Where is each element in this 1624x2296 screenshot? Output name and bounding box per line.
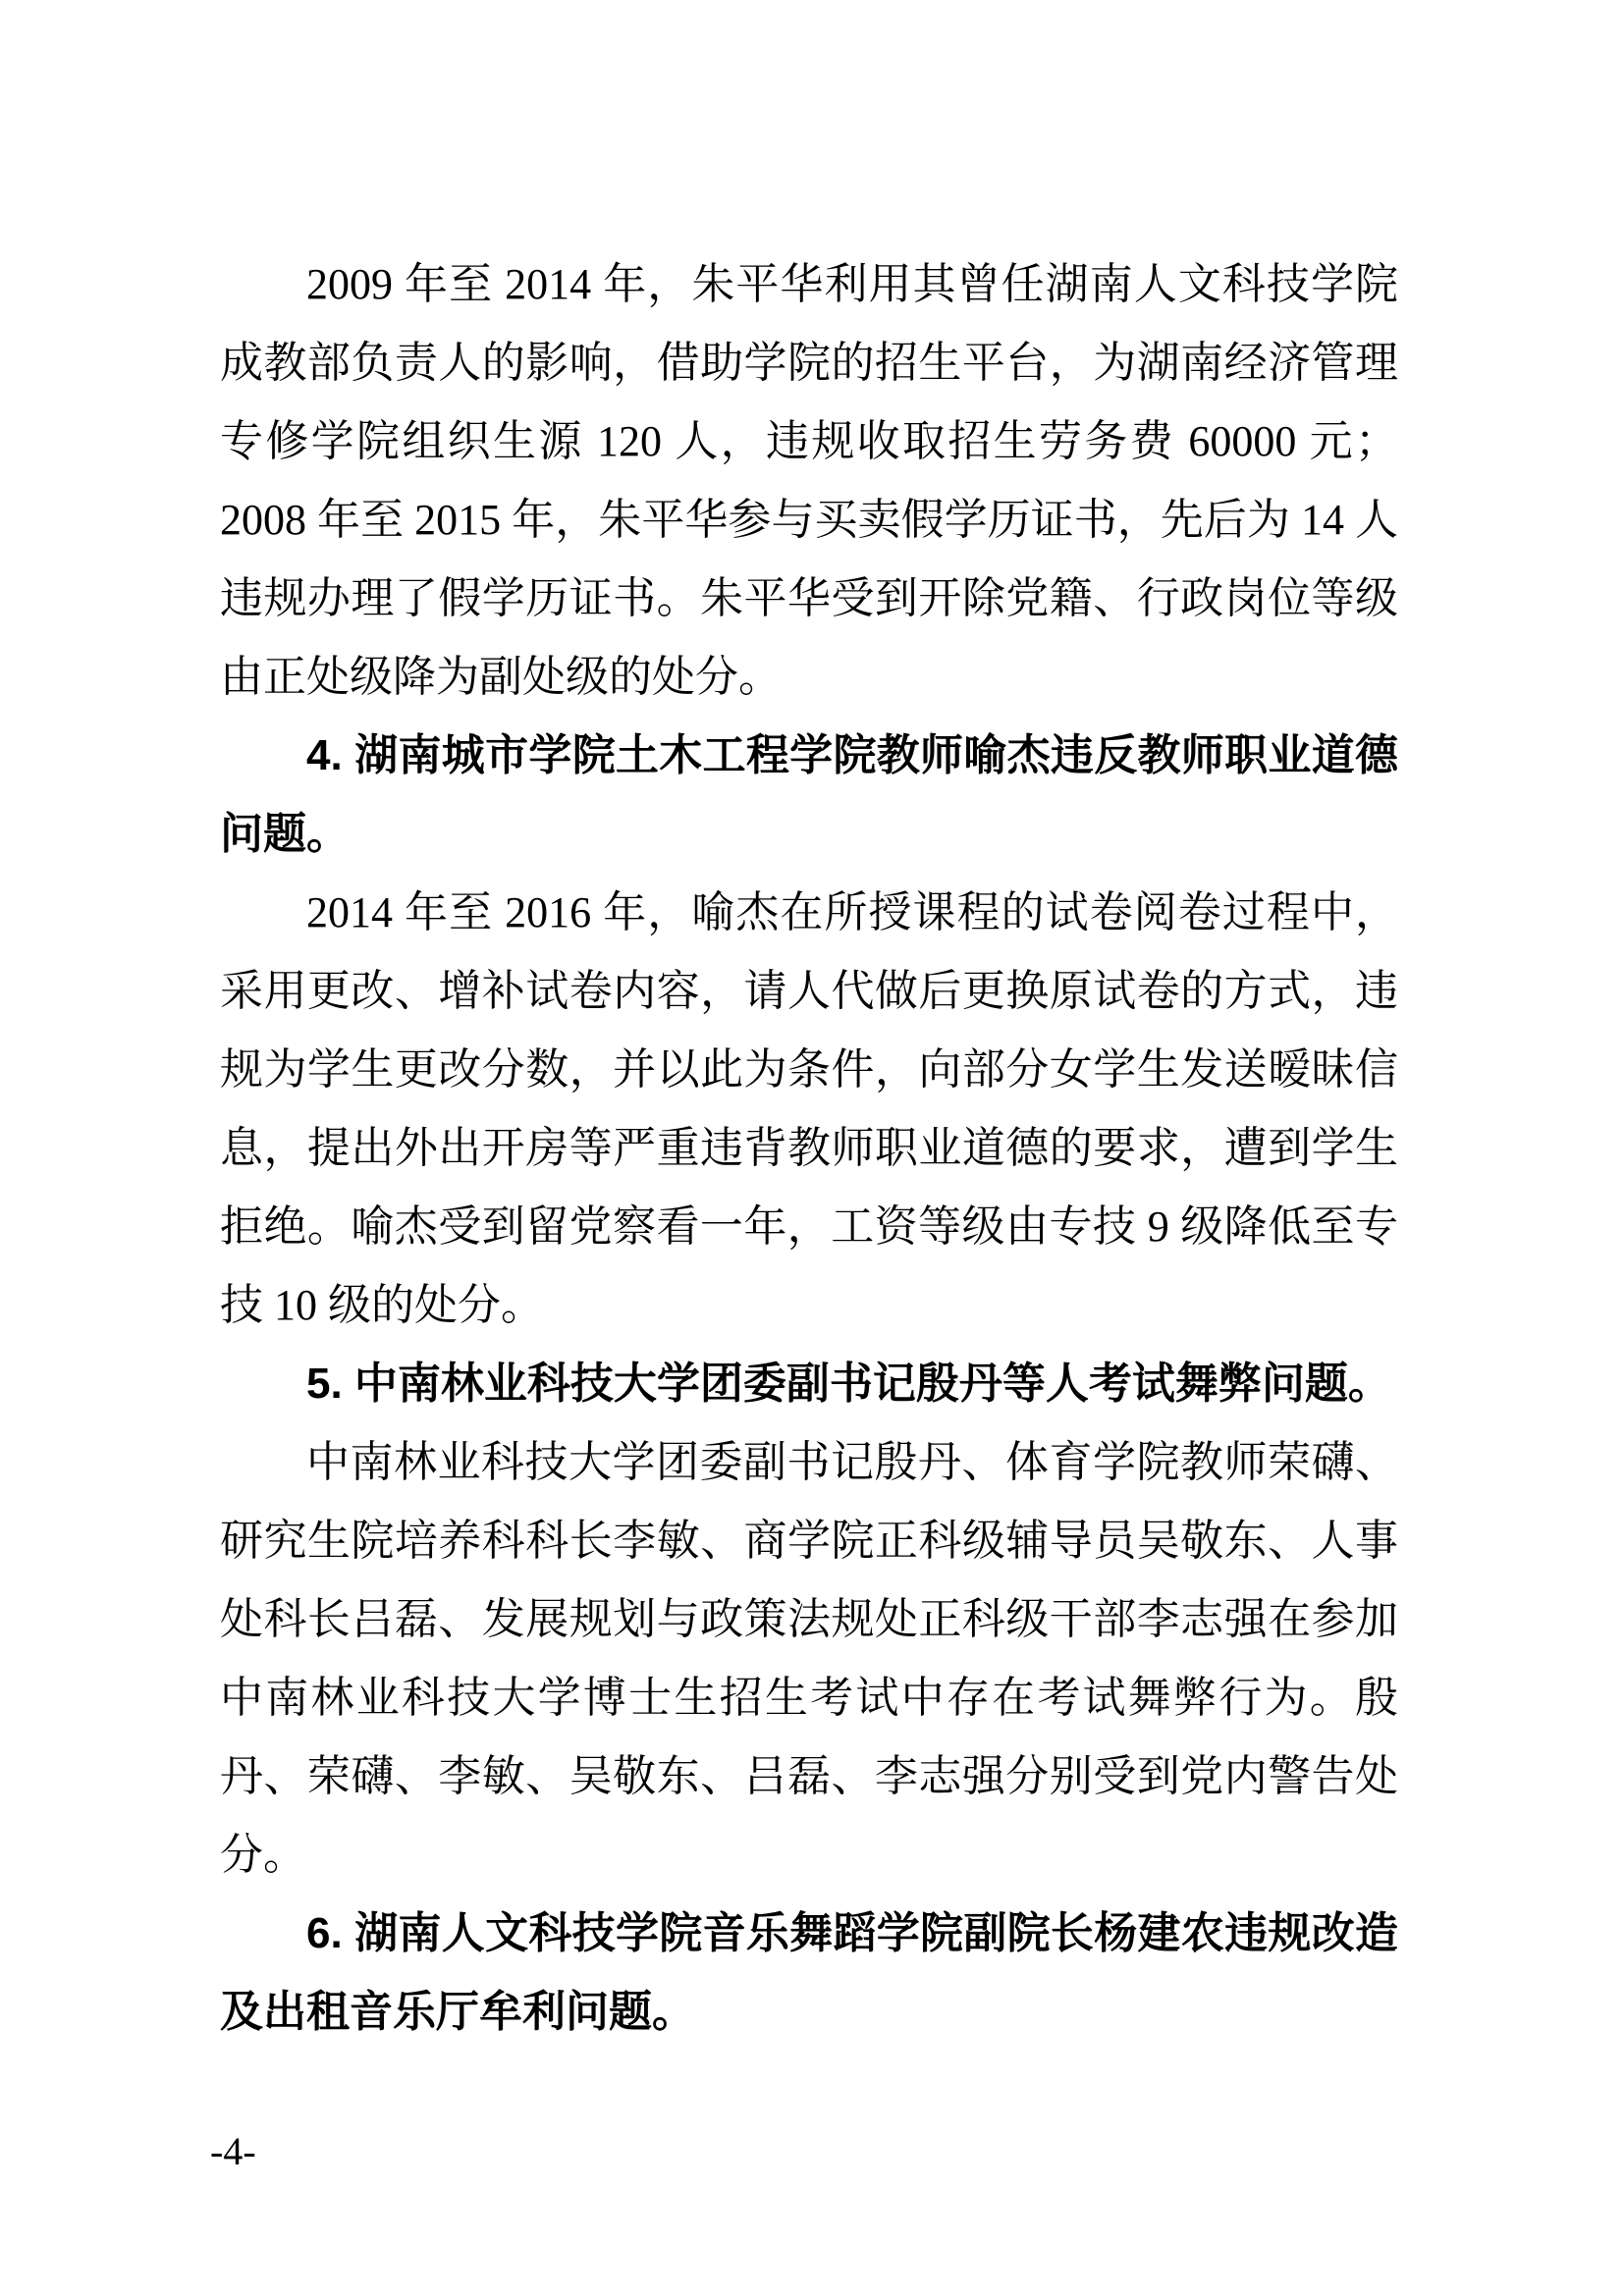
body-line: 规为学生更改分数，并以此为条件，向部分女学生发送暧昧信 bbox=[220, 1031, 1398, 1109]
body-line: 违规办理了假学历证书。朱平华受到开除党籍、行政岗位等级 bbox=[220, 560, 1398, 638]
body-line: 丹、荣礴、李敏、吴敬东、吕磊、李志强分别受到党内警告处 bbox=[220, 1737, 1398, 1816]
body-line: 由正处级降为副处级的处分。 bbox=[220, 638, 1398, 717]
body-line: 2009 年至 2014 年，朱平华利用其曾任湖南人文科技学院 bbox=[220, 245, 1398, 324]
body-line: 2014 年至 2016 年，喻杰在所授课程的试卷阅卷过程中， bbox=[220, 874, 1398, 952]
document-page: 2009 年至 2014 年，朱平华利用其曾任湖南人文科技学院 成教部负责人的影… bbox=[0, 0, 1624, 2296]
body-line: 研究生院培养科科长李敏、商学院正科级辅导员吴敬东、人事 bbox=[220, 1502, 1398, 1580]
heading-line-case-4: 4. 湖南城市学院土木工程学院教师喻杰违反教师职业道德 bbox=[220, 717, 1398, 795]
body-line: 成教部负责人的影响，借助学院的招生平台，为湖南经济管理 bbox=[220, 324, 1398, 402]
body-line: 2008 年至 2015 年，朱平华参与买卖假学历证书，先后为 14 人 bbox=[220, 481, 1398, 560]
body-line: 中南林业科技大学博士生招生考试中存在考试舞弊行为。殷 bbox=[220, 1659, 1398, 1737]
document-text-block: 2009 年至 2014 年，朱平华利用其曾任湖南人文科技学院 成教部负责人的影… bbox=[220, 245, 1398, 2052]
body-line: 息，提出外出开房等严重违背教师职业道德的要求，遭到学生 bbox=[220, 1109, 1398, 1188]
body-line: 技 10 级的处分。 bbox=[220, 1266, 1398, 1345]
body-line: 中南林业科技大学团委副书记殷丹、体育学院教师荣礴、 bbox=[220, 1423, 1398, 1502]
body-line: 拒绝。喻杰受到留党察看一年，工资等级由专技 9 级降低至专 bbox=[220, 1188, 1398, 1266]
body-line: 专修学院组织生源 120 人，违规收取招生劳务费 60000 元； bbox=[220, 402, 1398, 481]
body-line: 分。 bbox=[220, 1816, 1398, 1895]
heading-line-case-5: 5. 中南林业科技大学团委副书记殷丹等人考试舞弊问题。 bbox=[220, 1345, 1398, 1423]
heading-line-case-4: 问题。 bbox=[220, 795, 1398, 874]
heading-line-case-6: 6. 湖南人文科技学院音乐舞蹈学院副院长杨建农违规改造 bbox=[220, 1895, 1398, 1973]
body-line: 处科长吕磊、发展规划与政策法规处正科级干部李志强在参加 bbox=[220, 1580, 1398, 1659]
page-number: -4- bbox=[210, 2128, 256, 2175]
body-line: 采用更改、增补试卷内容，请人代做后更换原试卷的方式，违 bbox=[220, 952, 1398, 1031]
heading-line-case-6: 及出租音乐厅牟利问题。 bbox=[220, 1973, 1398, 2052]
